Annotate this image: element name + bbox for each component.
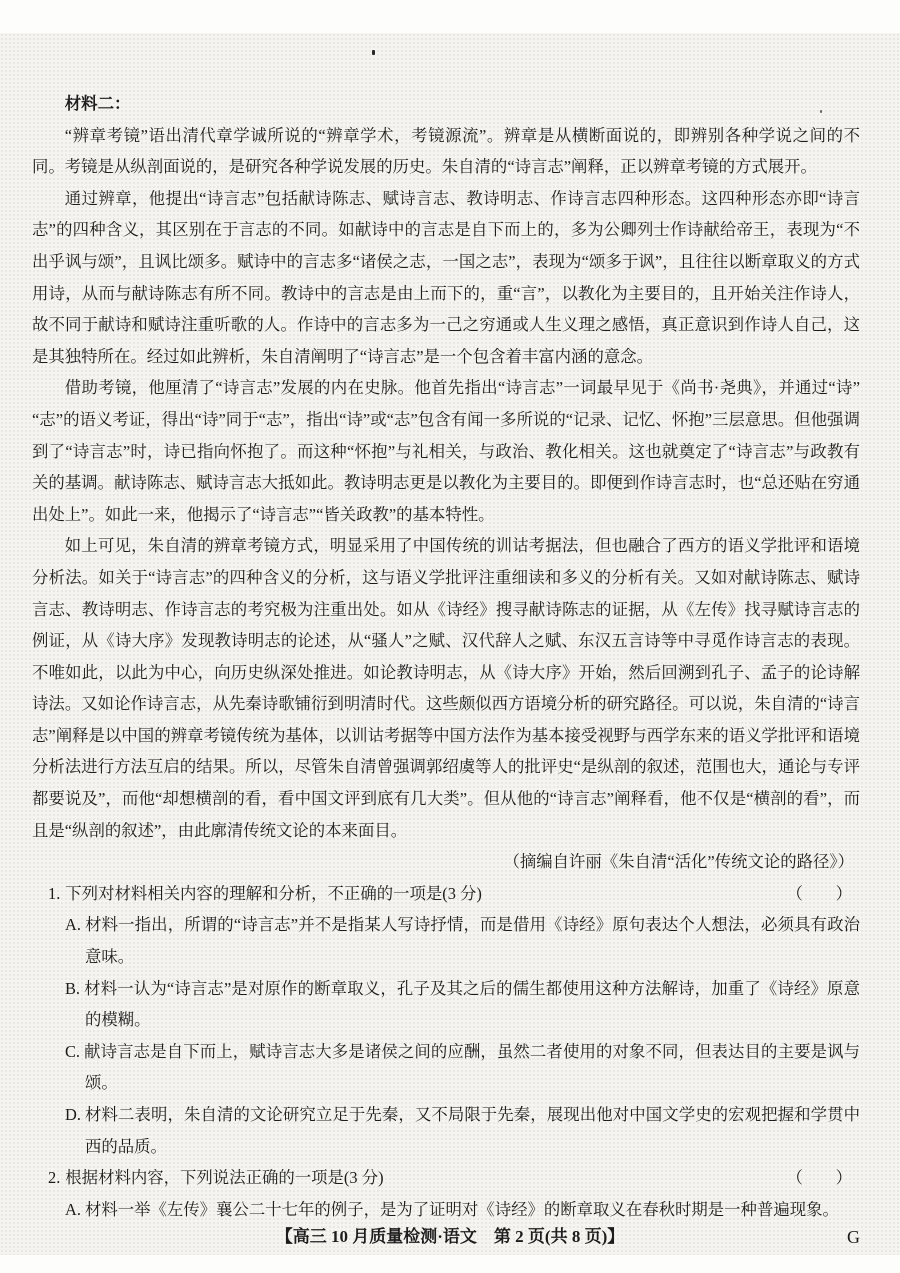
material-paragraph-2: 通过辨章，他提出“诗言志”包括献诗陈志、赋诗言志、教诗明志、作诗言志四种形态。这…	[32, 183, 860, 373]
option-d-text: 材料二表明，朱自清的文论研究立足于先秦，又不局限于先秦，展现出他对中国文学史的宏…	[85, 1105, 860, 1156]
option-c-text: 献诗言志是自下而上，赋诗言志大多是诸侯之间的应酬，虽然二者使用的对象不同，但表达…	[84, 1042, 860, 1093]
question-1-text: 下列对材料相关内容的理解和分析，不正确的一项是(3 分)	[65, 884, 482, 903]
material-paragraph-1: “辨章考镜”语出清代章学诚所说的“辨章学术，考镜源流”。辨章是从横断面说的，即辨…	[32, 120, 860, 183]
option-b-text: 材料一认为“诗言志”是对原作的断章取义，孔子及其之后的儒生都使用这种方法解诗，加…	[84, 979, 860, 1030]
question-1-option-d: D.材料二表明，朱自清的文论研究立足于先秦，又不局限于先秦，展现出他对中国文学史…	[32, 1099, 860, 1162]
question-1-option-a: A.材料一指出，所谓的“诗言志”并不是指某人写诗抒情，而是借用《诗经》原句表达个…	[32, 909, 860, 972]
question-2-option-a: A.材料一举《左传》襄公二十七年的例子，是为了证明对《诗经》的断章取义在春秋时期…	[32, 1194, 860, 1226]
material-paragraph-3: 借助考镜，他厘清了“诗言志”发展的内在史脉。他首先指出“诗言志”一词最早见于《尚…	[32, 372, 860, 530]
question-2-number: 2.	[48, 1168, 60, 1187]
option-b-label: B.	[65, 979, 80, 998]
source-attribution: （摘编自许丽《朱自清“活化”传统文论的路径》）	[32, 846, 860, 878]
question-1-number: 1.	[48, 884, 60, 903]
option-a-label: A.	[65, 915, 81, 934]
question-2-stem-row: 2.根据材料内容，下列说法正确的一项是(3 分) （ ）	[32, 1162, 860, 1194]
page-footer: 【高三 10 月质量检测·语文 第 2 页(共 8 页)】	[0, 1222, 900, 1252]
page-content: 材料二： “辨章考镜”语出清代章学诚所说的“辨章学术，考镜源流”。辨章是从横断面…	[32, 88, 860, 1225]
ink-speck	[372, 50, 375, 55]
option-d-label: D.	[65, 1105, 81, 1124]
question-1-stem: 1.下列对材料相关内容的理解和分析，不正确的一项是(3 分)	[32, 878, 482, 910]
question-1-option-b: B.材料一认为“诗言志”是对原作的断章取义，孔子及其之后的儒生都使用这种方法解诗…	[32, 973, 860, 1036]
footer-version-mark: G	[847, 1222, 860, 1252]
question-2-answer-blank: （ ）	[786, 1162, 860, 1194]
question-1-stem-row: 1.下列对材料相关内容的理解和分析，不正确的一项是(3 分) （ ）	[32, 878, 860, 910]
question-2-text: 根据材料内容，下列说法正确的一项是(3 分)	[65, 1168, 383, 1187]
option-a-label: A.	[65, 1200, 81, 1219]
option-c-label: C.	[65, 1042, 80, 1061]
material-paragraph-4: 如上可见，朱自清的辨章考镜方式，明显采用了中国传统的训诂考据法，但也融合了西方的…	[32, 530, 860, 846]
exam-paper-page: 材料二： “辨章考镜”语出清代章学诚所说的“辨章学术，考镜源流”。辨章是从横断面…	[0, 0, 900, 1273]
question-2-stem: 2.根据材料内容，下列说法正确的一项是(3 分)	[32, 1162, 384, 1194]
question-1-option-c: C.献诗言志是自下而上，赋诗言志大多是诸侯之间的应酬，虽然二者使用的对象不同，但…	[32, 1036, 860, 1099]
option-a-text: 材料一指出，所谓的“诗言志”并不是指某人写诗抒情，而是借用《诗经》原句表达个人想…	[85, 915, 860, 966]
material-two-heading: 材料二：	[32, 88, 860, 120]
question-1-answer-blank: （ ）	[786, 878, 860, 910]
option-a-text: 材料一举《左传》襄公二十七年的例子，是为了证明对《诗经》的断章取义在春秋时期是一…	[85, 1200, 839, 1219]
